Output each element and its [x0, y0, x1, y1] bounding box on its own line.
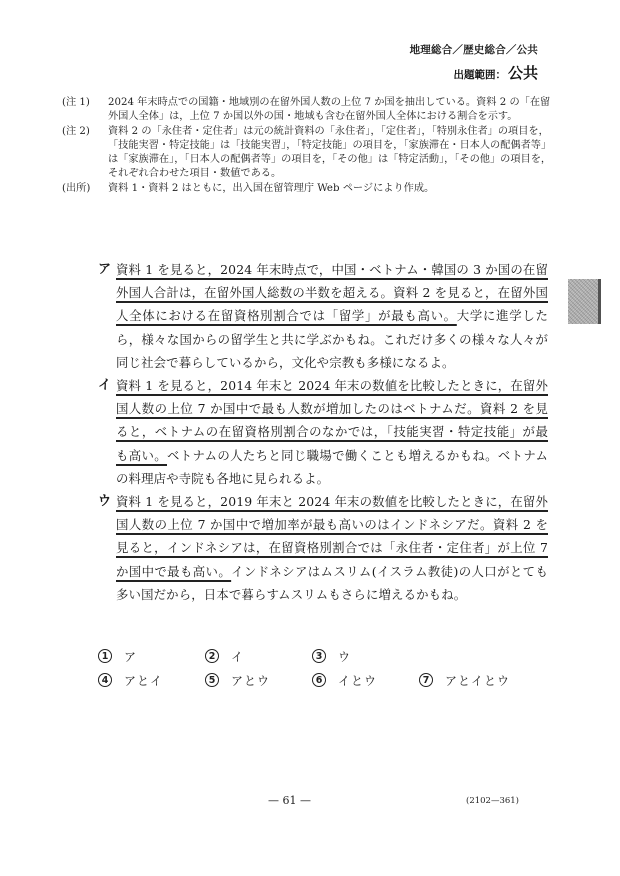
choice-label: イ	[231, 648, 244, 665]
note-source: (出所) 資料 1・資料 2 はともに，出入国在留管理庁 Web ページにより作…	[62, 182, 556, 196]
note-label: (出所)	[62, 182, 108, 196]
page-number: — 61 —	[268, 794, 311, 807]
circled-number-icon: 2	[205, 649, 219, 663]
circled-number-icon: 3	[312, 649, 326, 663]
circled-number-icon: 4	[98, 673, 112, 687]
circled-number-icon: 6	[312, 673, 326, 687]
statement-marker: ア	[98, 258, 111, 281]
choice-label: イとウ	[338, 672, 377, 689]
note-1: (注 1) 2024 年末時点での国籍・地域別の在留外国人数の上位 7 か国を抽…	[62, 96, 556, 125]
circled-number-icon: 7	[419, 673, 433, 687]
choice-1[interactable]: 1 ア	[98, 648, 205, 665]
statement-i: イ 資料 1 を見ると，2014 年末と 2024 年末の数値を比較したときに，…	[98, 374, 548, 490]
statement-text: 資料 1 を見ると，2019 年末と 2024 年末の数値を比較したときに，在留…	[116, 490, 548, 606]
answer-choices: 1 ア 2 イ 3 ウ 4 アとイ 5 アとウ 6 イとウ 7 アとイとウ	[98, 644, 526, 692]
note-text: 2024 年末時点での国籍・地域別の在留外国人数の上位 7 か国を抽出している。…	[108, 96, 556, 125]
circled-number-icon: 5	[205, 673, 219, 687]
statement-plain-text: ベトナムの人たちと同じ職場で働くことも増えるかもね。ベトナムの料理店や寺院も各地…	[116, 448, 548, 486]
note-label: (注 2)	[62, 125, 108, 182]
exam-scope-value: 公共	[508, 62, 538, 83]
side-index-tab	[568, 279, 601, 324]
choice-label: アとウ	[231, 672, 270, 689]
statement-u: ウ 資料 1 を見ると，2019 年末と 2024 年末の数値を比較したときに，…	[98, 490, 548, 606]
choice-4[interactable]: 4 アとイ	[98, 672, 205, 689]
note-label: (注 1)	[62, 96, 108, 125]
statement-a: ア 資料 1 を見ると，2024 年末時点で，中国・ベトナム・韓国の 3 か国の…	[98, 258, 548, 374]
subjects-header: 地理総合／歴史総合／公共	[410, 42, 538, 57]
exam-code: (2102—361)	[466, 796, 519, 806]
choice-6[interactable]: 6 イとウ	[312, 672, 419, 689]
choice-row-1: 1 ア 2 イ 3 ウ	[98, 644, 526, 668]
choice-label: アとイとウ	[445, 672, 510, 689]
choice-row-2: 4 アとイ 5 アとウ 6 イとウ 7 アとイとウ	[98, 668, 526, 692]
note-2: (注 2) 資料 2 の「永住者・定住者」は元の統計資料の「永住者」，「定住者」…	[62, 125, 556, 182]
choice-label: ウ	[338, 648, 351, 665]
note-text: 資料 2 の「永住者・定住者」は元の統計資料の「永住者」，「定住者」，「特別永住…	[108, 125, 556, 182]
statement-text: 資料 1 を見ると，2024 年末時点で，中国・ベトナム・韓国の 3 か国の在留…	[116, 258, 548, 374]
choice-label: アとイ	[124, 672, 163, 689]
choice-2[interactable]: 2 イ	[205, 648, 312, 665]
statements-section: ア 資料 1 を見ると，2024 年末時点で，中国・ベトナム・韓国の 3 か国の…	[98, 258, 548, 606]
choice-5[interactable]: 5 アとウ	[205, 672, 312, 689]
note-text: 資料 1・資料 2 はともに，出入国在留管理庁 Web ページにより作成。	[108, 182, 556, 196]
choice-label: ア	[124, 648, 137, 665]
statement-text: 資料 1 を見ると，2014 年末と 2024 年末の数値を比較したときに，在留…	[116, 374, 548, 490]
circled-number-icon: 1	[98, 649, 112, 663]
choice-3[interactable]: 3 ウ	[312, 648, 419, 665]
notes-section: (注 1) 2024 年末時点での国籍・地域別の在留外国人数の上位 7 か国を抽…	[62, 96, 556, 196]
statement-marker: ウ	[98, 490, 111, 513]
choice-7[interactable]: 7 アとイとウ	[419, 672, 526, 689]
exam-scope: 出題範囲： 公共	[453, 62, 538, 83]
statement-marker: イ	[98, 374, 111, 397]
exam-scope-label: 出題範囲：	[453, 67, 506, 82]
